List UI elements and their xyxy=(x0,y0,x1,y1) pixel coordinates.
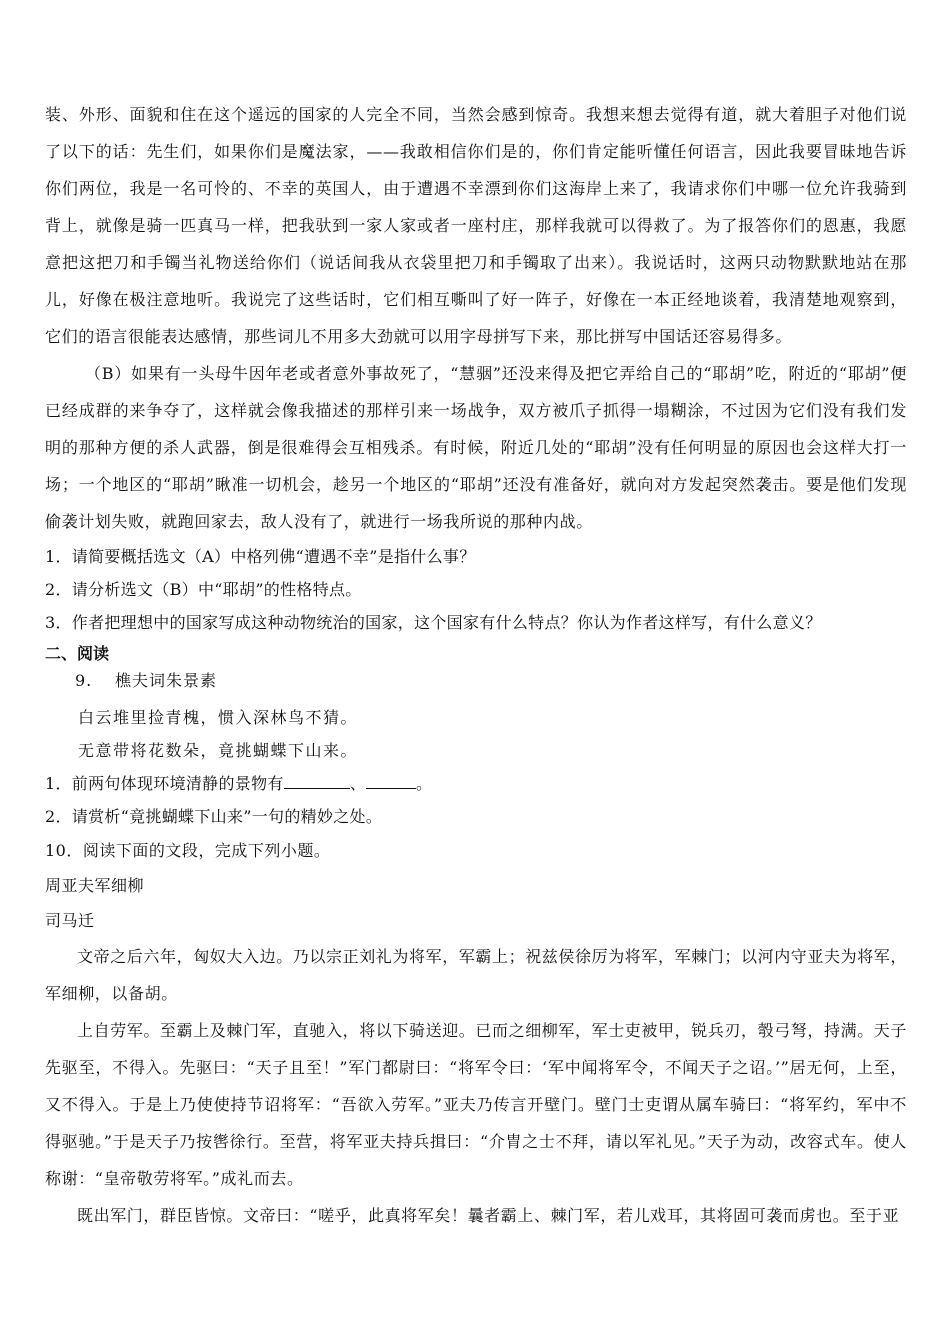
section-heading: 二、阅读 xyxy=(45,641,907,667)
passage-paragraph-2: 上自劳军。至霸上及棘门军，直驰入，将以下骑送迎。已而之细柳军，军士吏被甲，锐兵刃… xyxy=(45,1012,907,1197)
passage-title: 周亚夫军细柳 xyxy=(45,868,907,903)
passage-a-text: 装、外形、面貌和住在这个遥远的国家的人完全不同，当然会感到惊奇。我想来想去觉得有… xyxy=(45,96,907,355)
question-9-1-text: 1．前两句体现环境清静的景物有 xyxy=(45,774,284,793)
question-9-1-sep: 、 xyxy=(350,774,366,793)
passage-paragraph-3: 既出军门，群臣皆惊。文帝曰：“嗟乎，此真将军矣！曩者霸上、棘门军，若儿戏耳，其将… xyxy=(45,1197,907,1234)
passage-b-text: （B）如果有一头母牛因年老或者意外事故死了，“慧骃”还没来得及把它弄给自己的“耶… xyxy=(45,355,907,540)
poem-number: 9. xyxy=(75,667,115,695)
question-9-1-end: 。 xyxy=(416,774,432,793)
passage-author: 司马迁 xyxy=(45,903,907,938)
passage-paragraph-1: 文帝之后六年，匈奴大入边。乃以宗正刘礼为将军，军霸上；祝兹侯徐厉为将军，军棘门；… xyxy=(45,938,907,1012)
question-10-prompt: 10．阅读下面的文段，完成下列小题。 xyxy=(45,833,907,868)
question-9-2: 2．请赏析“竟挑蝴蝶下山来”一句的精妙之处。 xyxy=(45,800,907,833)
question-8-3: 3．作者把理想中的国家写成这种动物统治的国家，这个国家有什么特点？你认为作者这样… xyxy=(45,606,907,639)
answer-blank-1[interactable] xyxy=(284,774,350,789)
questions-8-list: 1．请简要概括选文（A）中格列佛“遭遇不幸”是指什么事？ 2．请分析选文（B）中… xyxy=(45,540,907,639)
poem-title-row: 9.樵夫词朱景素 xyxy=(45,667,907,695)
poem-title: 樵夫词朱景素 xyxy=(115,671,217,690)
poem-line-1: 白云堆里捡青槐，惯入深林鸟不猜。 xyxy=(45,701,907,734)
document-page: 装、外形、面貌和住在这个遥远的国家的人完全不同，当然会感到惊奇。我想来想去觉得有… xyxy=(45,96,907,1234)
question-8-1: 1．请简要概括选文（A）中格列佛“遭遇不幸”是指什么事？ xyxy=(45,540,907,573)
question-9-1: 1．前两句体现环境清静的景物有、。 xyxy=(45,767,907,800)
answer-blank-2[interactable] xyxy=(366,774,416,789)
poem-line-2: 无意带将花数朵，竟挑蝴蝶下山来。 xyxy=(45,734,907,767)
question-8-2: 2．请分析选文（B）中“耶胡”的性格特点。 xyxy=(45,573,907,606)
